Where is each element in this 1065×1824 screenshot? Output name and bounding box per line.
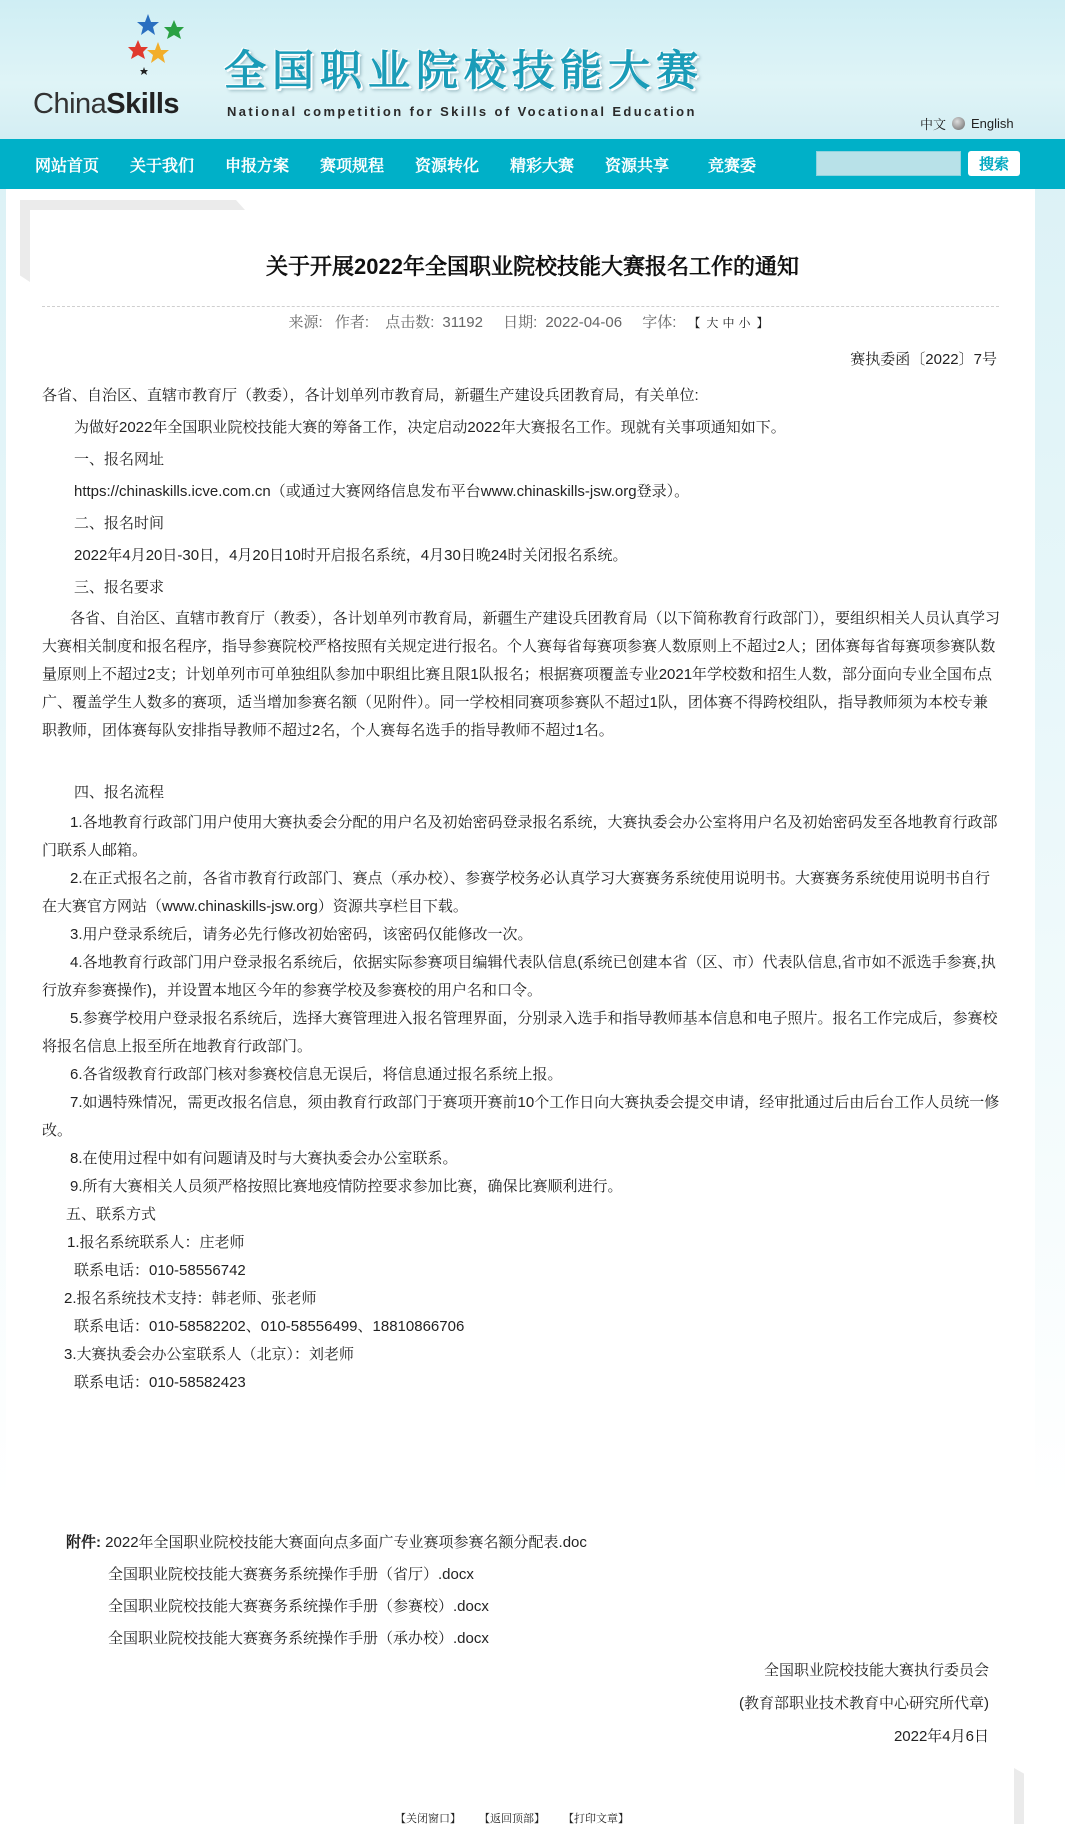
corner-decoration xyxy=(20,200,245,210)
section-heading: 二、报名时间 xyxy=(42,508,1000,540)
chinaskills-logo-text: ChinaSkills xyxy=(33,88,179,121)
signature-org: 全国职业院校技能大赛执行委员会 xyxy=(739,1654,989,1687)
contact-name: 3.大赛执委会办公室联系人（北京）：刘老师 xyxy=(42,1341,1000,1369)
attachment-link[interactable]: 全国职业院校技能大赛赛务系统操作手册（参赛校）.docx xyxy=(108,1598,489,1615)
search-input[interactable] xyxy=(816,151,961,176)
attachment-link[interactable]: 全国职业院校技能大赛赛务系统操作手册（承办校）.docx xyxy=(108,1630,489,1647)
font-medium-link[interactable]: 中 xyxy=(722,316,734,330)
site-header: ChinaSkills 全国职业院校技能大赛 National competit… xyxy=(0,0,1065,139)
nav-item-committee[interactable]: 竞赛委 xyxy=(708,153,756,176)
signature-block: 全国职业院校技能大赛执行委员会 (教育部职业技术教育中心研究所代章) 2022年… xyxy=(739,1654,989,1753)
attachment-link[interactable]: 全国职业院校技能大赛赛务系统操作手册（省厅）.docx xyxy=(108,1566,474,1583)
nav-item-home[interactable]: 网站首页 xyxy=(35,153,99,176)
attachment-link[interactable]: 2022年全国职业院校技能大赛面向点多面广专业赛项参赛名额分配表.doc xyxy=(105,1534,587,1551)
process-item: 8.在使用过程中如有问题请及时与大赛执委会办公室联系。 xyxy=(42,1145,1000,1173)
registration-url: https://chinaskills.icve.com.cn（或通过大赛网络信… xyxy=(42,476,1000,508)
site-title: 全国职业院校技能大赛 xyxy=(224,38,704,98)
search-button[interactable]: 搜索 xyxy=(968,151,1020,176)
nav-item-resource-conversion[interactable]: 资源转化 xyxy=(415,153,479,176)
chinaskills-stars-logo-icon xyxy=(126,12,196,82)
globe-icon xyxy=(952,117,965,130)
process-item: 5.参赛学校用户登录报名系统后，选择大赛管理进入报名管理界面，分别录入选手和指导… xyxy=(42,1005,1000,1061)
section-heading: 五、联系方式 xyxy=(42,1201,1000,1229)
process-item: 3.用户登录系统后，请务必先行修改初始密码，该密码仅能修改一次。 xyxy=(42,921,1000,949)
process-item: 6.各省级教育行政部门核对参赛校信息无误后，将信息通过报名系统上报。 xyxy=(42,1061,1000,1089)
process-item: 4.各地教育行政部门用户登录报名系统后，依据实际参赛项目编辑代表队信息(系统已创… xyxy=(42,949,1000,1005)
nav-item-about[interactable]: 关于我们 xyxy=(130,153,194,176)
section-heading: 三、报名要求 xyxy=(42,572,1000,604)
meta-date: 日期:2022-04-06 xyxy=(499,314,626,331)
site-subtitle: National competition for Skills of Vocat… xyxy=(227,104,697,119)
corner-decoration xyxy=(1014,1768,1024,1824)
signature-date: 2022年4月6日 xyxy=(739,1720,989,1753)
meta-source: 来源: xyxy=(289,314,323,331)
registration-time: 2022年4月20日-30日，4月20日10时开启报名系统，4月30日晚24时关… xyxy=(42,540,1000,572)
language-switcher: 中文 English xyxy=(920,114,1014,133)
signature-seal: (教育部职业技术教育中心研究所代章) xyxy=(739,1687,989,1720)
nav-item-highlights[interactable]: 精彩大赛 xyxy=(510,153,574,176)
article-body: 各省、自治区、直辖市教育厅（教委），各计划单列市教育局，新疆生产建设兵团教育局，… xyxy=(42,380,1000,1397)
salutation: 各省、自治区、直辖市教育厅（教委），各计划单列市教育局，新疆生产建设兵团教育局，… xyxy=(42,380,1000,412)
process-item: 1.各地教育行政部门用户使用大赛执委会分配的用户名及初始密码登录报名系统，大赛执… xyxy=(42,809,1000,865)
section-heading: 四、报名流程 xyxy=(42,777,1000,809)
attachments-label: 附件: xyxy=(66,1534,101,1551)
intro-paragraph: 为做好2022年全国职业院校技能大赛的筹备工作，决定启动2022年大赛报名工作。… xyxy=(42,412,1000,444)
contact-phone: 联系电话：010-58582202、010-58556499、188108667… xyxy=(42,1313,1000,1341)
process-item: 2.在正式报名之前，各省市教育行政部门、赛点（承办校）、参赛学校务必认真学习大赛… xyxy=(42,865,1000,921)
requirements-paragraph: 各省、自治区、直辖市教育厅（教委），各计划单列市教育局，新疆生产建设兵团教育局（… xyxy=(42,604,1000,745)
font-large-link[interactable]: 大 xyxy=(706,316,718,330)
divider xyxy=(42,306,999,307)
attachments: 附件: 2022年全国职业院校技能大赛面向点多面广专业赛项参赛名额分配表.doc… xyxy=(66,1527,587,1655)
section-heading: 一、报名网址 xyxy=(42,444,1000,476)
article-meta: 来源: 作者: 点击数:31192 日期:2022-04-06 字体:【大中小】 xyxy=(0,311,1065,332)
back-to-top-link[interactable]: 【返回顶部】 xyxy=(479,1810,545,1824)
lang-chinese-link[interactable]: 中文 xyxy=(920,114,946,133)
contact-phone: 联系电话：010-58556742 xyxy=(42,1257,1000,1285)
contact-name: 2.报名系统技术支持：韩老师、张老师 xyxy=(42,1285,1000,1313)
document-number: 赛执委函〔2022〕7号 xyxy=(850,348,997,369)
contact-phone: 联系电话：010-58582423 xyxy=(42,1369,1000,1397)
process-item: 7.如遇特殊情况，需更改报名信息，须由教育行政部门于赛项开赛前10个工作日向大赛… xyxy=(42,1089,1000,1145)
nav-item-resource-sharing[interactable]: 资源共享 xyxy=(605,153,669,176)
font-small-link[interactable]: 小 xyxy=(738,316,750,330)
print-article-link[interactable]: 【打印文章】 xyxy=(563,1810,629,1824)
meta-clicks: 点击数:31192 xyxy=(381,314,487,331)
meta-font-size: 字体:【大中小】 xyxy=(638,314,776,331)
article-title: 关于开展2022年全国职业院校技能大赛报名工作的通知 xyxy=(0,250,1065,281)
article-footer-links: 【关闭窗口】 【返回顶部】 【打印文章】 xyxy=(395,1810,629,1824)
contact-name: 1.报名系统联系人：庄老师 xyxy=(42,1229,1000,1257)
meta-author: 作者: xyxy=(335,314,369,331)
process-item: 9.所有大赛相关人员须严格按照比赛地疫情防控要求参加比赛，确保比赛顺利进行。 xyxy=(42,1173,1000,1201)
lang-english-link[interactable]: English xyxy=(971,116,1014,131)
nav-item-event-rules[interactable]: 赛项规程 xyxy=(320,153,384,176)
close-window-link[interactable]: 【关闭窗口】 xyxy=(395,1810,461,1824)
nav-item-application-plan[interactable]: 申报方案 xyxy=(225,153,289,176)
